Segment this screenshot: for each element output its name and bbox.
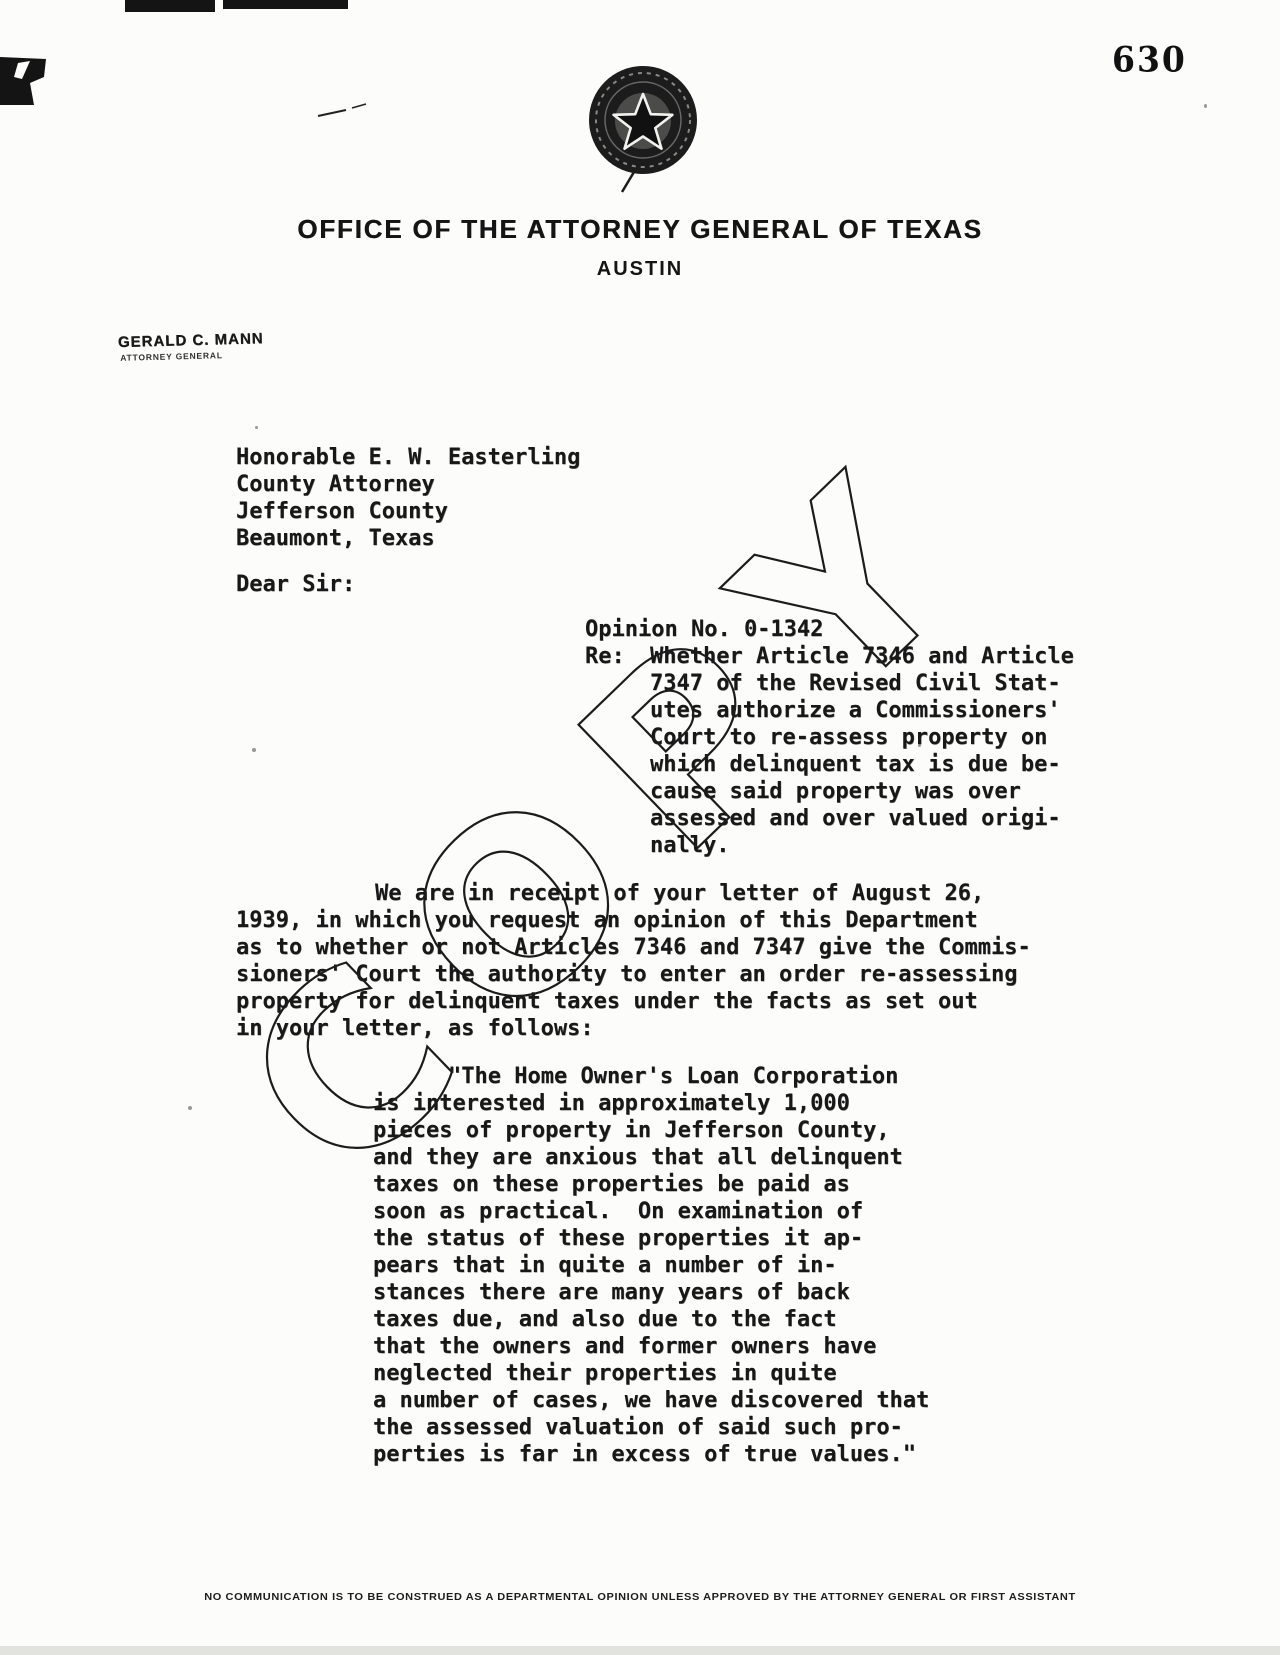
scan-edge-strip [0, 1646, 1280, 1655]
quoted-letter-excerpt: "The Home Owner's Loan Corporation is in… [373, 1063, 929, 1468]
scan-speck [252, 748, 256, 752]
official-name: GERALD C. MANN [118, 330, 264, 351]
scan-artifact-blob [0, 57, 52, 107]
scan-speck [188, 1106, 192, 1110]
texas-state-seal-icon [582, 60, 702, 195]
body-paragraph: We are in receipt of your letter of Augu… [236, 880, 1031, 1042]
salutation: Dear Sir: [236, 571, 355, 598]
letterhead-office-title: OFFICE OF THE ATTORNEY GENERAL OF TEXAS [0, 214, 1280, 245]
pencil-mark [316, 100, 372, 126]
page-number: 630 [1112, 39, 1187, 80]
scan-speck [1204, 104, 1207, 108]
scan-speck [255, 426, 258, 429]
footer-disclaimer: NO COMMUNICATION IS TO BE CONSTRUED AS A… [0, 1591, 1280, 1602]
re-subject: Whether Article 7346 and Article 7347 of… [650, 643, 1074, 859]
scan-artifact-bar [125, 0, 215, 12]
scan-artifact-bar [223, 0, 348, 9]
official-title: ATTORNEY GENERAL [120, 349, 264, 363]
letterhead-city: AUSTIN [0, 258, 1280, 281]
recipient-address: Honorable E. W. Easterling County Attorn… [236, 444, 580, 552]
letter-page: 630 OFFICE OF THE ATTORNEY GENERAL OF TE… [0, 0, 1280, 1655]
opinion-number: Opinion No. 0-1342 [585, 616, 823, 643]
attorney-general-name-block: GERALD C. MANN ATTORNEY GENERAL [118, 330, 264, 363]
re-label: Re: [585, 643, 625, 670]
